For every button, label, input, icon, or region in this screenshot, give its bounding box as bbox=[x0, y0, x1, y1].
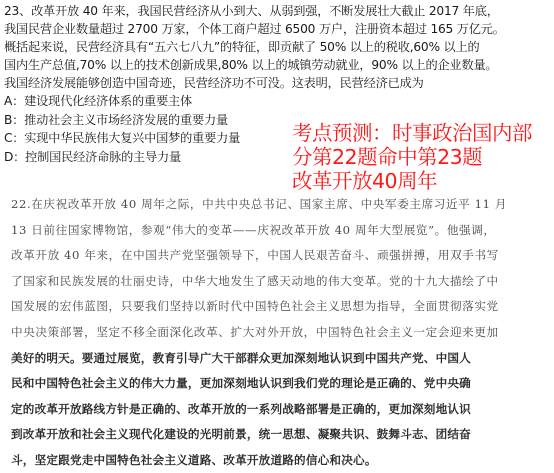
scan-line: 美好的明天。要通过展览，教育引导广大干部群众更加深刻地认识到中国共产党、中国人 bbox=[11, 346, 481, 372]
scan-line: 民和中国特色社会主义的伟大力量，更加深刻地认识到我们党的理论是正确的、党中央确 bbox=[11, 371, 481, 397]
question-stem-line: 23、改革开放 40 年来，我国民营经济从小到大、从弱到强，不断发展壮大截止 2… bbox=[4, 2, 552, 20]
option-a: A：建设现代化经济体系的重要主体 bbox=[4, 92, 552, 111]
scan-line: 改革开放 40 年来，在中国共产党坚强领导下，中国人民艰苦奋斗、顽强拼搏，用双手… bbox=[11, 243, 481, 269]
scan-line: 22.在庆祝改革开放 40 周年之际，中共中央总书记、国家主席、中央军委主席习近… bbox=[11, 192, 481, 218]
scan-line: 斗，坚定跟党走中国特色社会主义道路、改革开放道路的信心和决心。 bbox=[11, 448, 481, 473]
question-22-scan: 22.在庆祝改革开放 40 周年之际，中共中央总书记、国家主席、中央军委主席习近… bbox=[11, 192, 481, 473]
annotation-line: 改革开放40周年 bbox=[292, 169, 532, 193]
question-stem-line: 概括起来说，民营经济具有“五六七八九”的特征，即贡献了 50% 以上的税收,60… bbox=[4, 38, 552, 56]
question-stem-line: 国内生产总值,70% 以上的技术创新成果,80% 以上的城镇劳动就业，90% 以… bbox=[4, 56, 552, 74]
prediction-annotation: 考点预测：时事政治国内部 分第22题命中第23题 改革开放40周年 bbox=[292, 121, 532, 193]
scan-line: 定的改革开放路线方针是正确的、改革开放的一系列战略部署是正确的，更加深刻地认识 bbox=[11, 397, 481, 423]
scan-line: 国发展的宏伟蓝图，只要我们坚持以新时代中国特色社会主义思想为指导，全面贯彻落实党 bbox=[11, 294, 481, 320]
annotation-line: 分第22题命中第23题 bbox=[292, 145, 532, 169]
scan-line: 13 日前往国家博物馆，参观“伟大的变革——庆祝改革开放 40 周年大型展览”。… bbox=[11, 218, 481, 244]
question-stem-line: 我国经济发展能够创造中国奇迹，民营经济功不可没。这表明，民营经济已成为 bbox=[4, 74, 552, 92]
scan-line: 了国家和民族发展的壮丽史诗，中华大地发生了感天动地的伟大变革。党的十九大描绘了中 bbox=[11, 269, 481, 295]
question-stem-line: 我国民营企业数量超过 2700 万家，个体工商户超过 6500 万户，注册资本超… bbox=[4, 20, 552, 38]
scan-line: 中央决策部署，坚定不移全面深化改革、扩大对外开放，中国特色社会主义一定会迎来更加 bbox=[11, 320, 481, 346]
scan-line: 到改革开放和社会主义现代化建设的光明前景，统一思想、凝聚共识、鼓舞斗志、团结奋 bbox=[11, 422, 481, 448]
annotation-line: 考点预测：时事政治国内部 bbox=[292, 121, 532, 145]
